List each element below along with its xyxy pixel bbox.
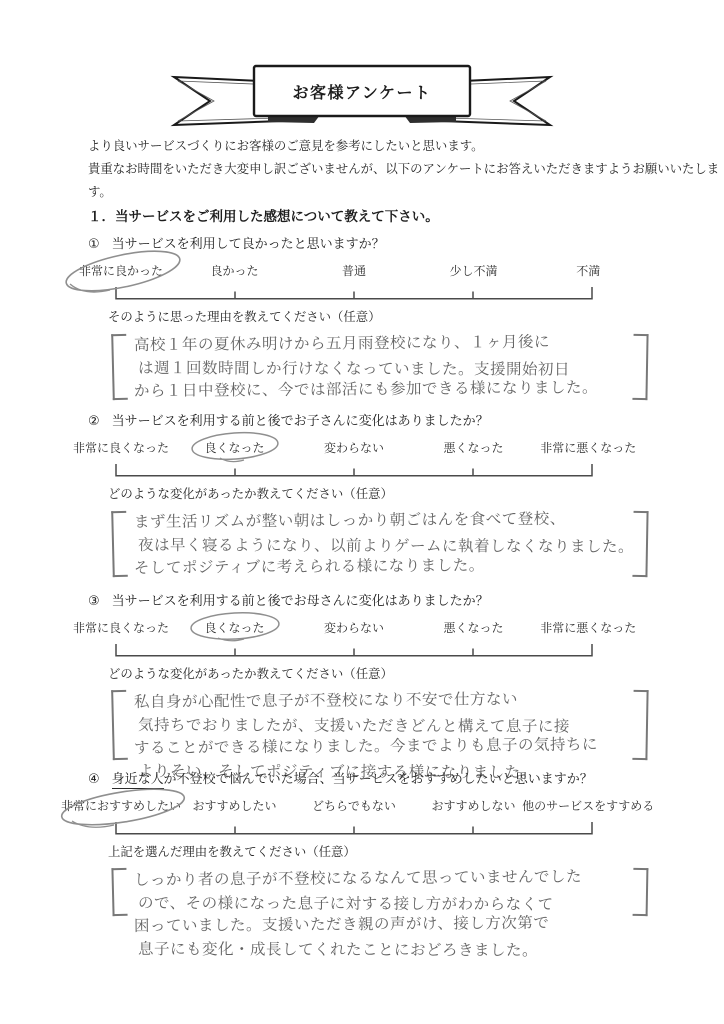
question-4-prompt: 上記を選んだ理由を教えてください（任意） xyxy=(108,842,664,860)
bracket-left xyxy=(111,511,128,577)
question-3: ③当サービスを利用する前と後でお母さんに変化はありましたか？ 非常に良くなった … xyxy=(88,590,664,783)
question-4-text-underlined: 身近な人 xyxy=(112,772,164,789)
scale-option: 非常に悪くなった xyxy=(540,439,636,456)
question-1-prompt: そのように思った理由を教えてください（任意） xyxy=(108,307,664,325)
question-4-scale: 非常におすすめしたい おすすめしたい どちらでもない おすすめしない 他のサービ… xyxy=(115,797,593,835)
scale-option: 他のサービスをすすめる xyxy=(522,797,654,814)
page-title: お客様アンケート xyxy=(254,66,470,116)
question-4-answer: しっかり者の息子が不登校になるなんて思っていませんでした ので、その様になった息… xyxy=(112,866,648,961)
scale-option: 良くなった xyxy=(204,439,264,456)
scale-option: 悪くなった xyxy=(443,619,503,636)
scale-option: 良くなった xyxy=(204,619,264,636)
question-2-text: 当サービスを利用する前と後でお子さんに変化はありましたか？ xyxy=(112,414,489,429)
question-2-prompt: どのような変化があったか教えてください（任意） xyxy=(108,484,664,502)
intro-line-2: 貴重なお時間をいただき大変申し訳ございませんが、以下のアンケートにお答えいただき… xyxy=(88,157,724,203)
bracket-left xyxy=(111,868,127,916)
question-1-scale: 非常に良かった 良かった 普通 少し不満 不満 xyxy=(115,262,593,300)
handwritten-line: 高校１年の夏休み明けから五月雨登校になり、１ヶ月後に xyxy=(134,330,648,357)
handwritten-line: そしてポジティブに考えられる様になりました。 xyxy=(134,553,648,580)
handwritten-line: 私自身が心配性で息子が不登校になり不安で仕方ない xyxy=(134,687,648,714)
scale-option: 良かった xyxy=(210,262,258,279)
handwritten-line: 困っていました。支援いただき親の声がけ、接し方次第で xyxy=(134,911,648,938)
bracket-left xyxy=(111,690,128,760)
handwritten-line: 息子にも変化・成長してくれたことにおどろきました。 xyxy=(138,938,652,963)
intro-line-1: より良いサービスづくりにお客様のご意見を参考にしたいと思います。 xyxy=(88,134,724,157)
question-3-text: 当サービスを利用する前と後でお母さんに変化はありましたか？ xyxy=(112,594,489,609)
scale-option: 非常に良くなった xyxy=(73,619,169,636)
scale-line xyxy=(115,642,593,657)
handwritten-line: しっかり者の息子が不登校になるなんて思っていませんでした xyxy=(134,865,648,892)
scale-option: 少し不満 xyxy=(449,262,497,279)
intro-text: より良いサービスづくりにお客様のご意見を参考にしたいと思います。 貴重なお時間を… xyxy=(88,134,724,203)
scale-option: 非常に良かった xyxy=(79,262,163,279)
scale-option: 不満 xyxy=(576,262,600,279)
scale-line xyxy=(115,462,593,477)
question-3-scale: 非常に良くなった 良くなった 変わらない 悪くなった 非常に悪くなった xyxy=(115,619,593,657)
question-1: ①当サービスを利用して良かったと思いますか？ 非常に良かった 良かった 普通 少… xyxy=(88,233,664,403)
scale-option: おすすめしない xyxy=(431,797,515,814)
survey-scan-page: お客様アンケート より良いサービスづくりにお客様のご意見を参考にしたいと思います… xyxy=(0,0,724,1024)
question-2: ②当サービスを利用する前と後でお子さんに変化はありましたか？ 非常に良くなった … xyxy=(88,410,664,580)
scale-option: 変わらない xyxy=(324,439,384,456)
handwritten-line: まず生活リズムが整い朝はしっかり朝ごはんを食べて登校、 xyxy=(134,507,648,534)
question-3-prompt: どのような変化があったか教えてください（任意） xyxy=(108,664,664,682)
question-2-number: ② xyxy=(88,414,100,429)
scale-option: どちらでもない xyxy=(312,797,396,814)
question-4-number: ④ xyxy=(88,772,100,787)
question-2-scale: 非常に良くなった 良くなった 変わらない 悪くなった 非常に悪くなった xyxy=(115,439,593,477)
scale-option: 非常に良くなった xyxy=(73,439,169,456)
scale-option: 非常におすすめしたい xyxy=(61,797,181,814)
scale-option: 非常に悪くなった xyxy=(540,619,636,636)
question-3-number: ③ xyxy=(88,594,100,609)
scale-option: 変わらない xyxy=(324,619,384,636)
scale-line xyxy=(115,285,593,300)
scale-option: 悪くなった xyxy=(443,439,503,456)
title-ribbon: お客様アンケート xyxy=(168,64,556,128)
handwritten-line: することができる様になりました。今までよりも息子の気持ちに xyxy=(134,733,648,760)
question-1-answer: 高校１年の夏休み明けから五月雨登校になり、１ヶ月後に は週１回数時間しか行けなく… xyxy=(112,331,648,403)
question-1-title: ①当サービスを利用して良かったと思いますか？ xyxy=(88,233,664,252)
handwritten-line: から１日中登校に、今では部活にも参加できる様になりました。 xyxy=(134,376,648,403)
question-2-answer: まず生活リズムが整い朝はしっかり朝ごはんを食べて登校、 夜は早く寝るようになり、… xyxy=(112,508,648,580)
question-3-title: ③当サービスを利用する前と後でお母さんに変化はありましたか？ xyxy=(88,590,664,609)
question-4: ④身近な人が不登校で悩んでいた場合、当サービスをおすすめしたいと思いますか？ 非… xyxy=(88,768,664,961)
scale-line xyxy=(115,820,593,835)
bracket-left xyxy=(111,334,128,400)
question-1-number: ① xyxy=(88,237,100,252)
scale-option: 普通 xyxy=(342,262,366,279)
scale-option: おすすめしたい xyxy=(192,797,276,814)
section-heading: １．当サービスをご利用した感想について教えて下さい。 xyxy=(88,205,439,225)
question-1-text: 当サービスを利用して良かったと思いますか？ xyxy=(112,237,385,252)
question-4-title: ④身近な人が不登校で悩んでいた場合、当サービスをおすすめしたいと思いますか？ xyxy=(88,768,664,787)
question-4-text: が不登校で悩んでいた場合、当サービスをおすすめしたいと思いますか？ xyxy=(164,772,593,787)
question-2-title: ②当サービスを利用する前と後でお子さんに変化はありましたか？ xyxy=(88,410,664,429)
